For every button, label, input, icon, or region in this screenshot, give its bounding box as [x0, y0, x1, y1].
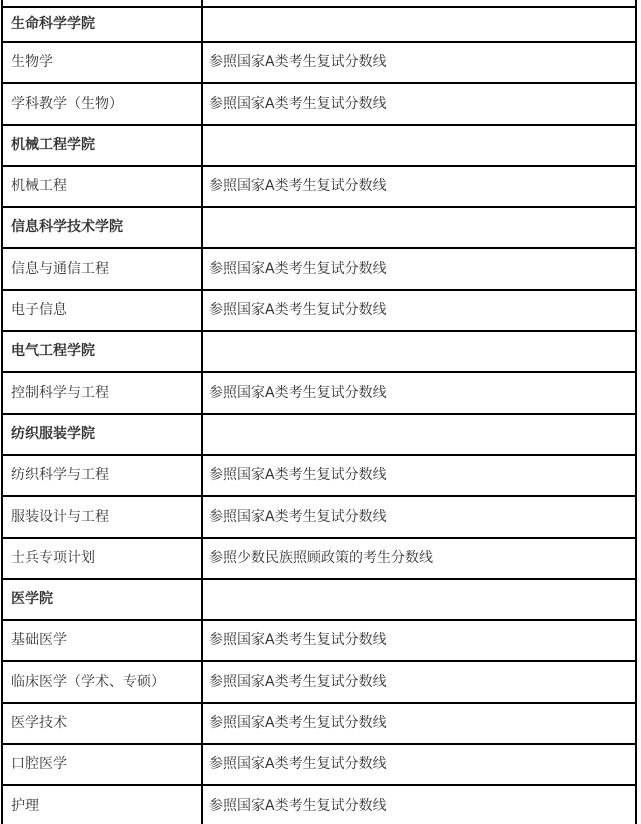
score-line-cell: 参照国家A类考生复试分数线 [203, 745, 635, 784]
program-label: 临床医学（学术、专硕） [11, 674, 165, 691]
score-line-cell: 参照国家A类考生复试分数线 [203, 291, 635, 330]
program-label: 口腔医学 [11, 756, 67, 773]
score-line-cell: 参照国家A类考生复试分数线 [203, 43, 635, 82]
score-line-label: 参照国家A类考生复试分数线 [209, 674, 387, 691]
program-label: 信息科学技术学院 [11, 219, 123, 236]
table-row: 口腔医学 参照国家A类考生复试分数线 [3, 745, 635, 786]
program-label: 生物学 [11, 54, 53, 71]
score-line-label: 参照国家A类考生复试分数线 [209, 261, 387, 278]
score-line-cell: 参照国家A类考生复试分数线 [203, 249, 635, 288]
program-cell: 电子信息 [3, 291, 203, 330]
admission-score-table: 生命科学学院 生物学 参照国家A类考生复试分数线 学科教学（生物） 参照国家A类… [1, 0, 637, 824]
program-cell: 临床医学（学术、专硕） [3, 662, 203, 701]
program-label: 纺织科学与工程 [11, 467, 109, 484]
score-line-label: 参照国家A类考生复试分数线 [209, 715, 387, 732]
program-label: 士兵专项计划 [11, 550, 95, 567]
table-row: 服装设计与工程 参照国家A类考生复试分数线 [3, 497, 635, 538]
score-line-label: 参照国家A类考生复试分数线 [209, 467, 387, 484]
program-cell: 纺织科学与工程 [3, 456, 203, 495]
table-row: 士兵专项计划 参照少数民族照顾政策的考生分数线 [3, 539, 635, 580]
score-line-cell [203, 0, 635, 6]
score-line-cell: 参照少数民族照顾政策的考生分数线 [203, 539, 635, 578]
score-line-label: 参照国家A类考生复试分数线 [209, 302, 387, 319]
score-line-label: 参照国家A类考生复试分数线 [209, 632, 387, 649]
score-line-cell: 参照国家A类考生复试分数线 [203, 497, 635, 536]
score-line-cell: 参照国家A类考生复试分数线 [203, 621, 635, 660]
program-cell: 医学院 [3, 580, 203, 619]
table-row: 医学技术 参照国家A类考生复试分数线 [3, 704, 635, 745]
program-label: 电子信息 [11, 302, 67, 319]
program-cell: 信息与通信工程 [3, 249, 203, 288]
program-cell: 机械工程 [3, 167, 203, 206]
program-cell: 学科教学（生物） [3, 84, 203, 123]
table-row: 信息科学技术学院 [3, 208, 635, 249]
score-line-cell [203, 8, 635, 41]
score-line-cell [203, 126, 635, 165]
table-row: 基础医学 参照国家A类考生复试分数线 [3, 621, 635, 662]
table-row: 电气工程学院 [3, 332, 635, 373]
score-line-label: 参照国家A类考生复试分数线 [209, 54, 387, 71]
score-line-label: 参照少数民族照顾政策的考生分数线 [209, 550, 433, 567]
program-cell: 士兵专项计划 [3, 539, 203, 578]
program-label: 控制科学与工程 [11, 385, 109, 402]
table-row: 机械工程学院 [3, 126, 635, 167]
program-label: 服装设计与工程 [11, 509, 109, 526]
program-cell: 电气工程学院 [3, 332, 203, 371]
program-cell: 护理 [3, 786, 203, 824]
score-line-cell: 参照国家A类考生复试分数线 [203, 167, 635, 206]
table-row: 信息与通信工程 参照国家A类考生复试分数线 [3, 249, 635, 290]
program-label: 基础医学 [11, 632, 67, 649]
score-line-cell: 参照国家A类考生复试分数线 [203, 373, 635, 412]
program-cell: 生物学 [3, 43, 203, 82]
score-line-cell: 参照国家A类考生复试分数线 [203, 704, 635, 743]
table-row: 机械工程 参照国家A类考生复试分数线 [3, 167, 635, 208]
program-label: 机械工程 [11, 178, 67, 195]
table-row: 护理 参照国家A类考生复试分数线 [3, 786, 635, 824]
table-row: 生物学 参照国家A类考生复试分数线 [3, 43, 635, 84]
table-row: 医学院 [3, 580, 635, 621]
score-line-label: 参照国家A类考生复试分数线 [209, 96, 387, 113]
score-line-cell [203, 332, 635, 371]
program-cell: 信息科学技术学院 [3, 208, 203, 247]
program-label: 信息与通信工程 [11, 261, 109, 278]
score-line-label: 参照国家A类考生复试分数线 [209, 798, 387, 815]
program-label: 医学院 [11, 591, 53, 608]
table-row: 纺织服装学院 [3, 415, 635, 456]
score-line-label: 参照国家A类考生复试分数线 [209, 756, 387, 773]
program-label: 学科教学（生物） [11, 96, 123, 113]
table-row: 学科教学（生物） 参照国家A类考生复试分数线 [3, 84, 635, 125]
program-label: 纺织服装学院 [11, 426, 95, 443]
program-label: 护理 [11, 798, 39, 815]
program-cell: 控制科学与工程 [3, 373, 203, 412]
table-row-cutoff [3, 0, 635, 8]
table-row: 控制科学与工程 参照国家A类考生复试分数线 [3, 373, 635, 414]
score-line-cell: 参照国家A类考生复试分数线 [203, 662, 635, 701]
program-cell: 基础医学 [3, 621, 203, 660]
program-cell: 机械工程学院 [3, 126, 203, 165]
score-line-cell [203, 208, 635, 247]
program-label: 电气工程学院 [11, 343, 95, 360]
program-label: 医学技术 [11, 715, 67, 732]
table-row: 电子信息 参照国家A类考生复试分数线 [3, 291, 635, 332]
score-line-cell: 参照国家A类考生复试分数线 [203, 456, 635, 495]
score-line-label: 参照国家A类考生复试分数线 [209, 178, 387, 195]
score-line-cell [203, 580, 635, 619]
table-row: 生命科学学院 [3, 8, 635, 43]
program-cell: 医学技术 [3, 704, 203, 743]
score-line-cell: 参照国家A类考生复试分数线 [203, 786, 635, 824]
score-line-cell [203, 415, 635, 454]
table-row: 临床医学（学术、专硕） 参照国家A类考生复试分数线 [3, 662, 635, 703]
score-line-label: 参照国家A类考生复试分数线 [209, 509, 387, 526]
score-line-cell: 参照国家A类考生复试分数线 [203, 84, 635, 123]
program-label: 机械工程学院 [11, 137, 95, 154]
score-line-label: 参照国家A类考生复试分数线 [209, 385, 387, 402]
program-label: 生命科学学院 [11, 16, 95, 33]
program-cell: 服装设计与工程 [3, 497, 203, 536]
program-cell: 纺织服装学院 [3, 415, 203, 454]
table-row: 纺织科学与工程 参照国家A类考生复试分数线 [3, 456, 635, 497]
program-cell [3, 0, 203, 6]
program-cell: 生命科学学院 [3, 8, 203, 41]
program-cell: 口腔医学 [3, 745, 203, 784]
